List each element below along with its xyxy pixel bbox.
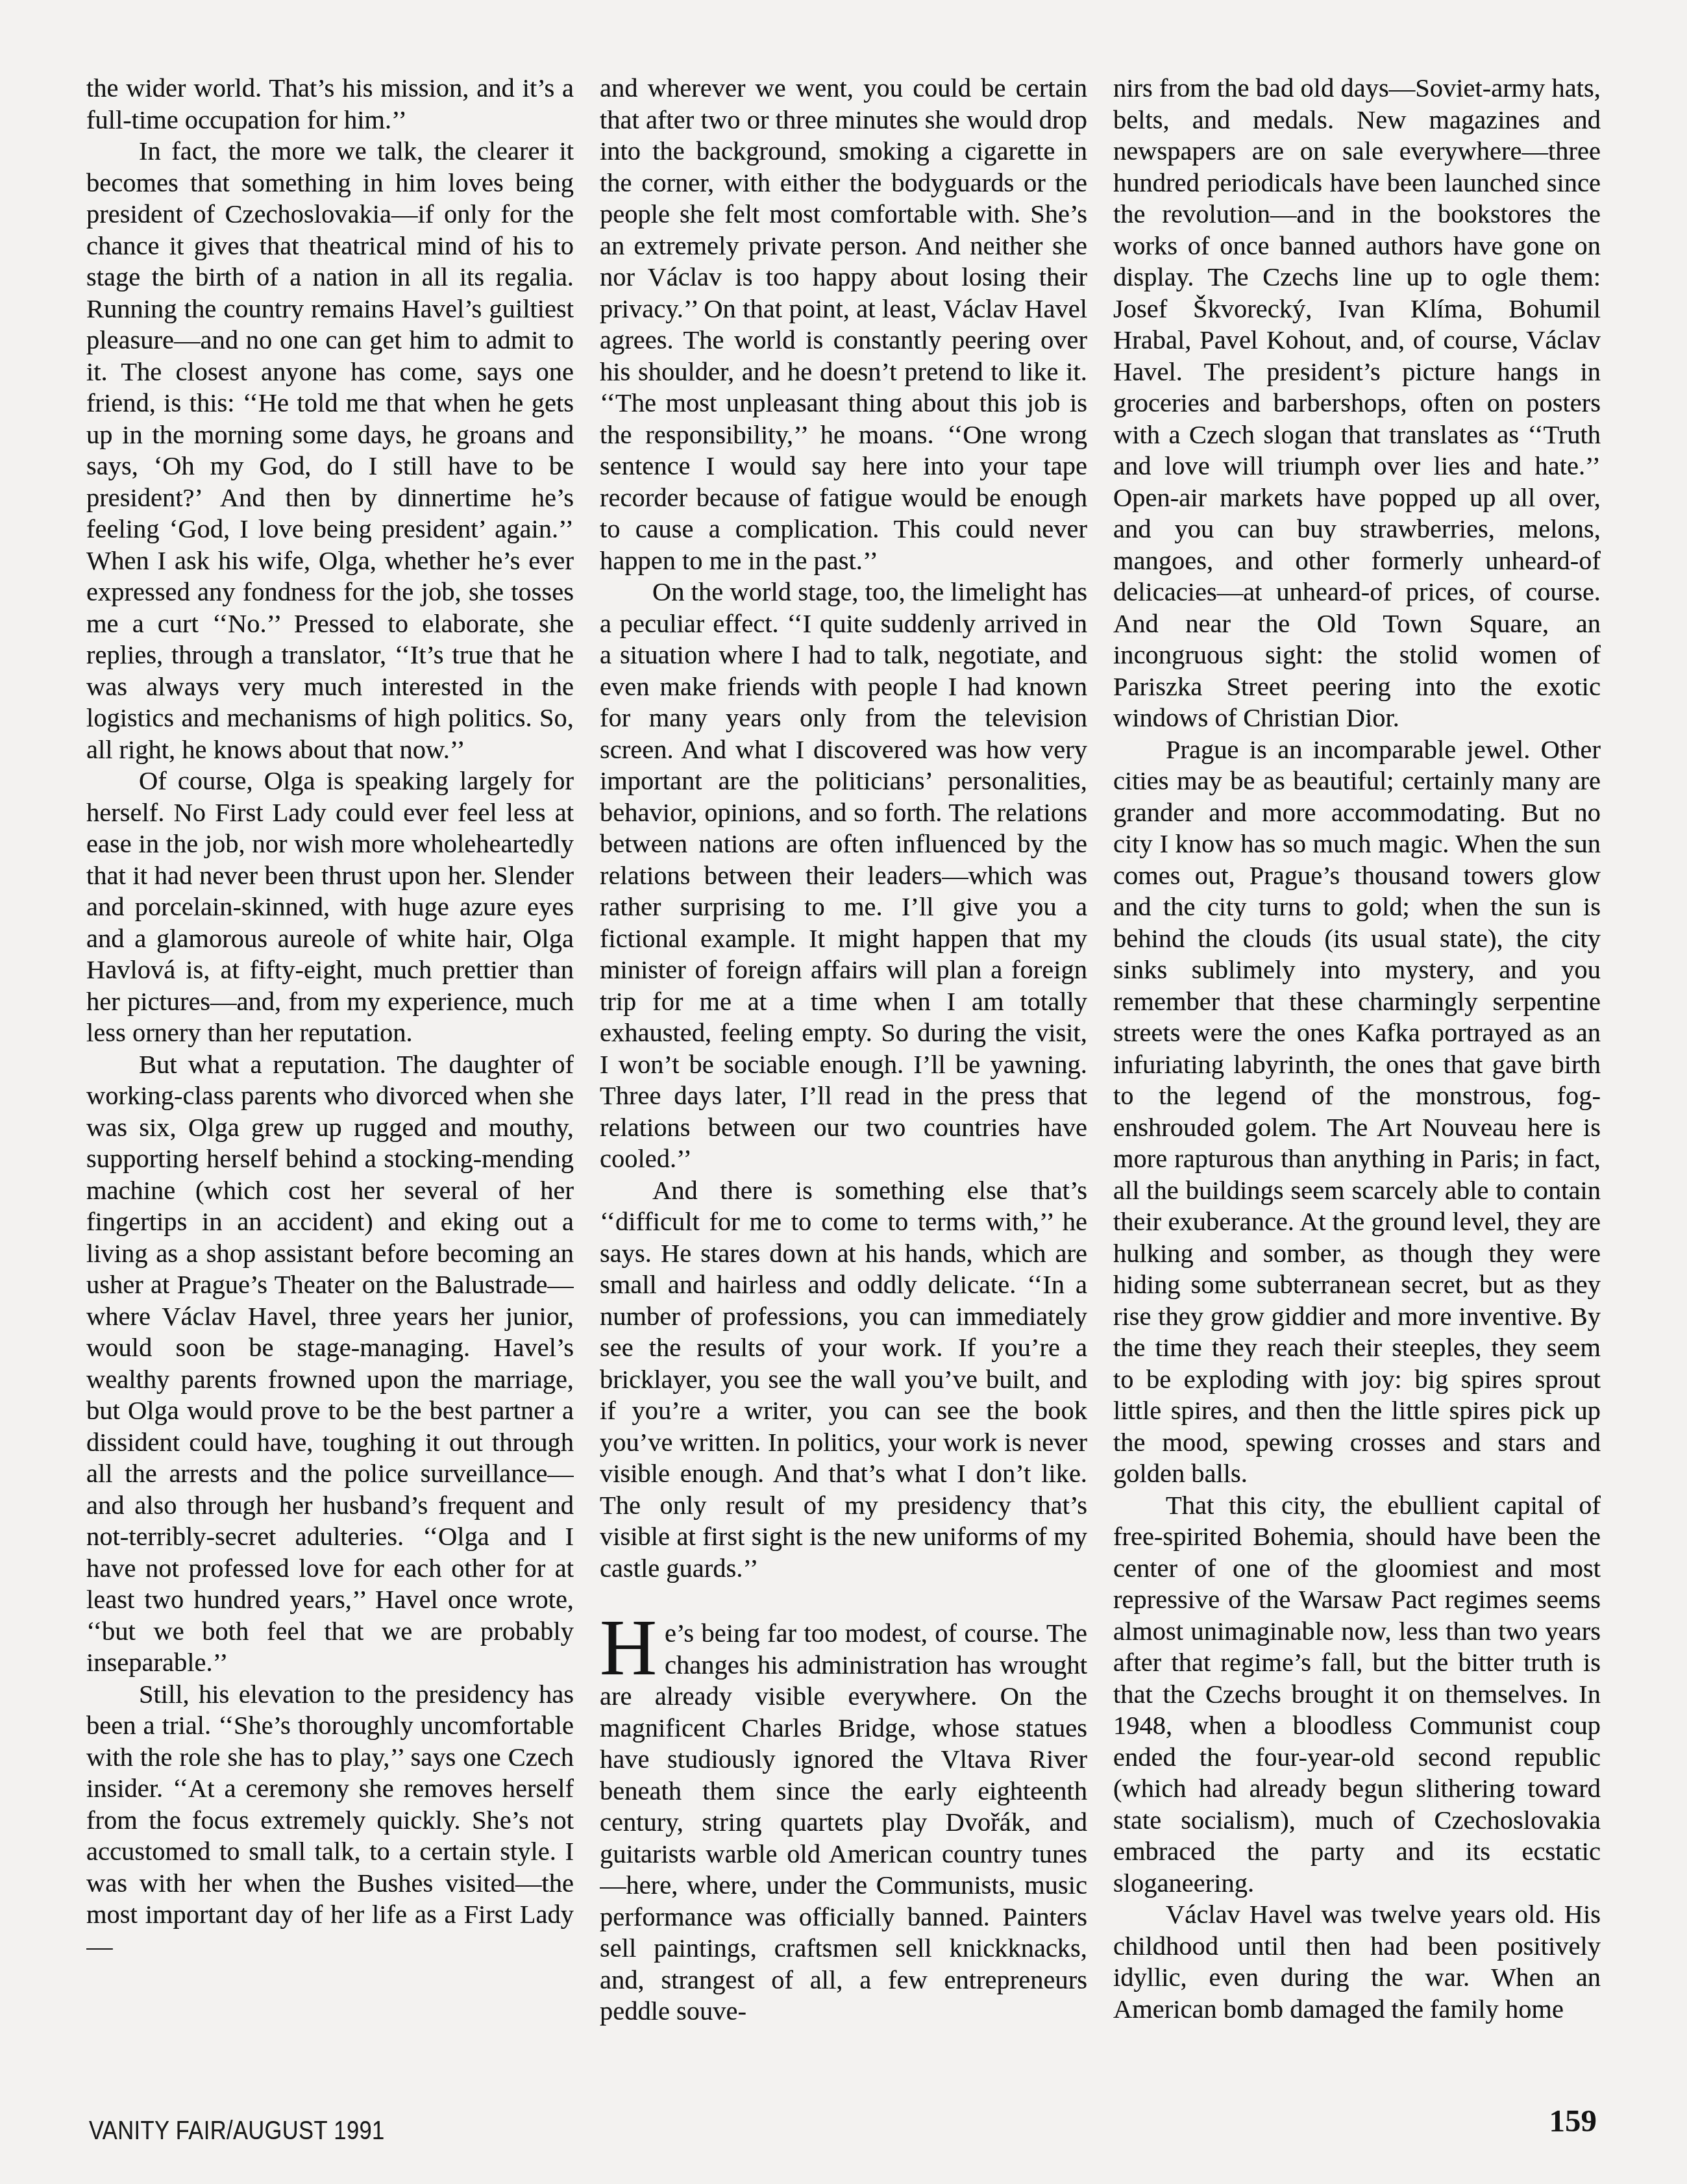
paragraph: Of course, Olga is speaking largely for … [86, 765, 574, 1049]
paragraph: nirs from the bad old days—Soviet-army h… [1113, 73, 1601, 734]
magazine-page: the wider world. That’s his mission, and… [0, 0, 1687, 2184]
paragraph-dropcap: He’s being far too modest, of course. Th… [600, 1618, 1087, 2028]
dropcap-letter: H [600, 1618, 665, 1678]
page-number: 159 [1549, 2102, 1597, 2139]
paragraph: On the world stage, too, the limelight h… [600, 577, 1087, 1175]
paragraph: That this city, the ebullient capital of… [1113, 1490, 1601, 1900]
paragraph: But what a reputation. The daughter of w… [86, 1049, 574, 1679]
paragraph: And there is something else that’s ‘‘dif… [600, 1175, 1087, 1585]
paragraph: Still, his elevation to the presidency h… [86, 1679, 574, 1963]
magazine-footer-credit: VANITY FAIR/AUGUST 1991 [89, 2115, 385, 2146]
article-body: the wider world. That’s his mission, and… [86, 73, 1601, 2089]
paragraph: In fact, the more we talk, the clearer i… [86, 136, 574, 765]
paragraph: Václav Havel was twelve years old. His c… [1113, 1899, 1601, 2025]
text-column-2: and wherever we went, you could be certa… [600, 73, 1087, 2089]
text-column-1: the wider world. That’s his mission, and… [86, 73, 574, 2089]
paragraph: the wider world. That’s his mission, and… [86, 73, 574, 136]
paragraph: Prague is an incomparable jewel. Other c… [1113, 734, 1601, 1490]
paragraph: and wherever we went, you could be certa… [600, 73, 1087, 577]
text-column-3: nirs from the bad old days—Soviet-army h… [1113, 73, 1601, 2089]
